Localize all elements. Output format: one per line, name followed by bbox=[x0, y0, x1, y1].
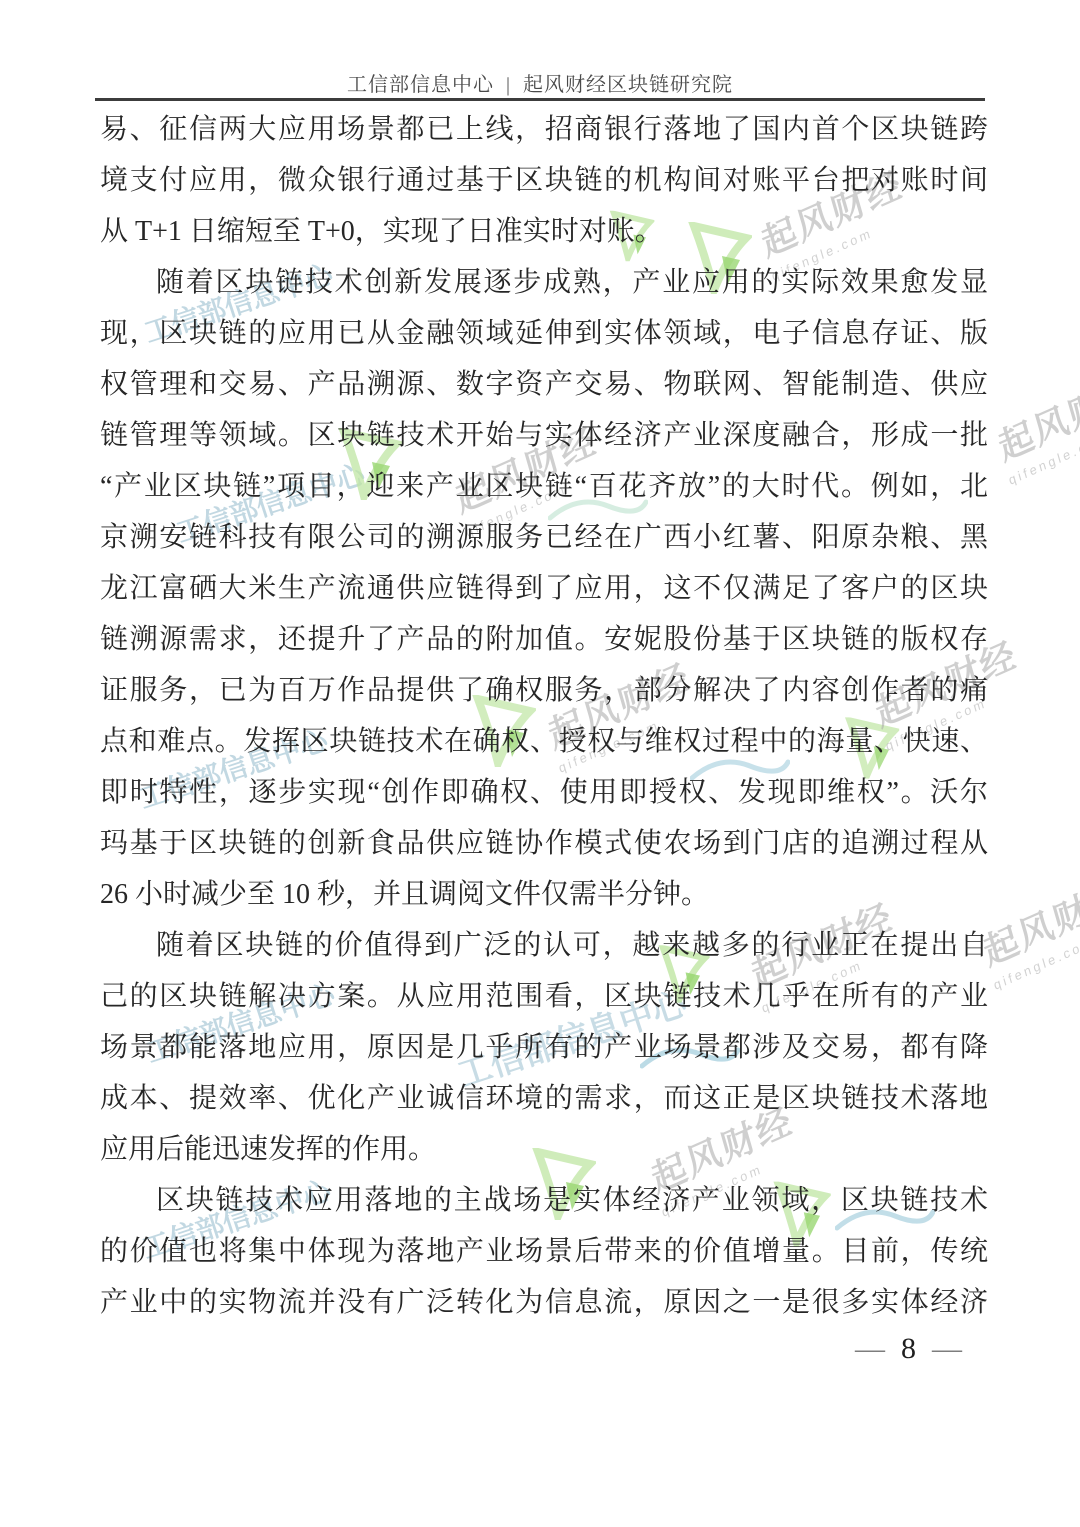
body-line: 即时特性，逐步实现“创作即确权、使用即授权、发现即维权”。沃尔 bbox=[100, 767, 988, 818]
document-page: 工信部信息中心 工信部信息中心 工信部信息中心 工信部信息中心 工信部信息中心 … bbox=[0, 0, 1080, 1527]
qifeng-wordmark: 起风财经 qifengle.com bbox=[992, 360, 1080, 488]
body-line: 成本、提效率、优化产业诚信环境的需求，而这正是区块链技术落地 bbox=[100, 1073, 988, 1124]
page-number-left-dash: — bbox=[855, 1332, 885, 1366]
body-line: 链管理等领域。区块链技术开始与实体经济产业深度融合，形成一批 bbox=[100, 410, 988, 461]
body-line: “产业区块链”项目，迎来产业区块链“百花齐放”的大时代。例如，北 bbox=[100, 461, 988, 512]
paragraph: 区块链技术应用落地的主战场是实体经济产业领域，区块链技术 的价值也将集中体现为落… bbox=[100, 1175, 988, 1328]
body-line: 应用后能迅速发挥的作用。 bbox=[100, 1124, 988, 1175]
paragraph: 易、征信两大应用场景都已上线，招商银行落地了国内首个区块链跨 境支付应用，微众银… bbox=[100, 104, 988, 257]
qifeng-url: qifengle.com bbox=[992, 934, 1080, 993]
body-line: 易、征信两大应用场景都已上线，招商银行落地了国内首个区块链跨 bbox=[100, 104, 988, 155]
body-line: 权管理和交易、产品溯源、数字资产交易、物联网、智能制造、供应 bbox=[100, 359, 988, 410]
body-line: 产业中的实物流并没有广泛转化为信息流，原因之一是很多实体经济 bbox=[100, 1277, 988, 1328]
body-line: 区块链技术应用落地的主战场是实体经济产业领域，区块链技术 bbox=[100, 1175, 988, 1226]
body-line: 玛基于区块链的创新食品供应链协作模式使农场到门店的追溯过程从 bbox=[100, 818, 988, 869]
header-rule bbox=[95, 98, 985, 101]
document-body: 易、征信两大应用场景都已上线，招商银行落地了国内首个区块链跨 境支付应用，微众银… bbox=[100, 104, 988, 1328]
qifeng-text: 起风财经 bbox=[977, 865, 1080, 976]
body-line: 链溯源需求，还提升了产品的附加值。安妮股份基于区块链的版权存 bbox=[100, 614, 988, 665]
page-number-value: 8 bbox=[901, 1332, 916, 1366]
header-org-right: 起风财经区块链研究院 bbox=[523, 74, 733, 96]
qifeng-text: 起风财经 bbox=[992, 360, 1080, 471]
qifeng-wordmark: 起风财经 qifengle.com bbox=[977, 865, 1080, 993]
header-divider: | bbox=[506, 74, 511, 96]
paragraph: 随着区块链技术创新发展逐步成熟，产业应用的实际效果愈发显 现，区块链的应用已从金… bbox=[100, 257, 988, 920]
body-line: 龙江富硒大米生产流通供应链得到了应用，这不仅满足了客户的区块 bbox=[100, 563, 988, 614]
body-line: 随着区块链技术创新发展逐步成熟，产业应用的实际效果愈发显 bbox=[100, 257, 988, 308]
qifeng-url: qifengle.com bbox=[1007, 429, 1080, 488]
body-line: 京溯安链科技有限公司的溯源服务已经在广西小红薯、阳原杂粮、黑 bbox=[100, 512, 988, 563]
body-line: 点和难点。发挥区块链技术在确权、授权与维权过程中的海量、快速、 bbox=[100, 716, 988, 767]
header-org-left: 工信部信息中心 bbox=[347, 74, 494, 96]
body-line: 26 小时减少至 10 秒，并且调阅文件仅需半分钟。 bbox=[100, 869, 988, 920]
body-line: 场景都能落地应用，原因是几乎所有的产业场景都涉及交易，都有降 bbox=[100, 1022, 988, 1073]
body-line: 证服务，已为百万作品提供了确权服务，部分解决了内容创作者的痛 bbox=[100, 665, 988, 716]
body-line: 己的区块链解决方案。从应用范围看，区块链技术几乎在所有的产业 bbox=[100, 971, 988, 1022]
body-line: 境支付应用，微众银行通过基于区块链的机构间对账平台把对账时间 bbox=[100, 155, 988, 206]
page-header: 工信部信息中心|起风财经区块链研究院 bbox=[0, 68, 1080, 97]
body-line: 随着区块链的价值得到广泛的认可，越来越多的行业正在提出自 bbox=[100, 920, 988, 971]
body-line: 从 T+1 日缩短至 T+0，实现了日准实时对账。 bbox=[100, 206, 988, 257]
page-number-right-dash: — bbox=[932, 1332, 962, 1366]
paragraph: 随着区块链的价值得到广泛的认可，越来越多的行业正在提出自 己的区块链解决方案。从… bbox=[100, 920, 988, 1175]
body-line: 现，区块链的应用已从金融领域延伸到实体领域，电子信息存证、版 bbox=[100, 308, 988, 359]
body-line: 的价值也将集中体现为落地产业场景后带来的价值增量。目前，传统 bbox=[100, 1226, 988, 1277]
page-number: — 8 — bbox=[855, 1332, 962, 1366]
